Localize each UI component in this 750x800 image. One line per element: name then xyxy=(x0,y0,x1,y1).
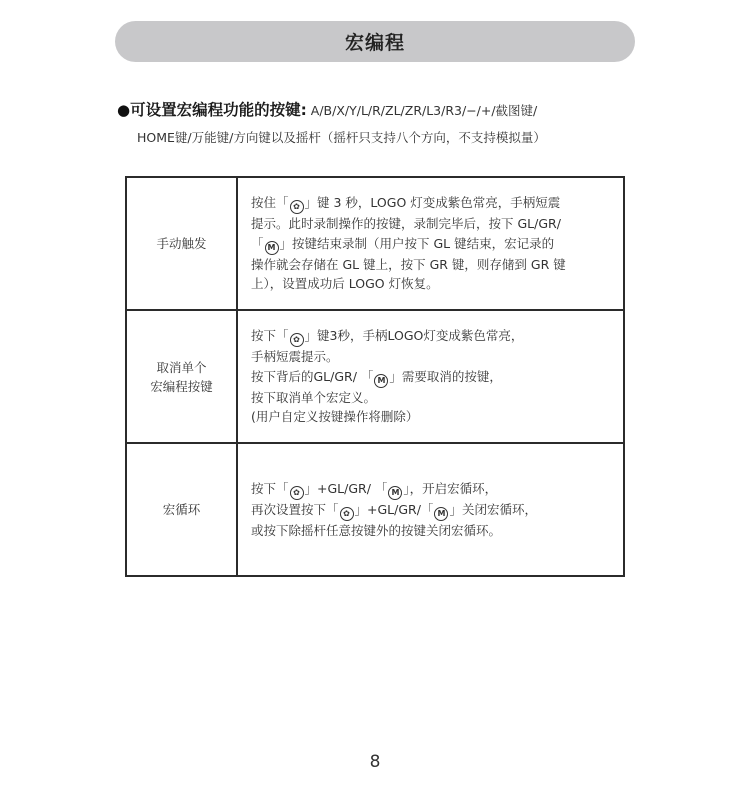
turbo-button-icon: ✿ xyxy=(290,486,304,500)
table-row-cancel-single-macro: 取消单个 宏编程按键 按下「✿」键3秒，手柄LOGO灯变成紫色常亮， 手柄短震提… xyxy=(126,310,624,443)
turbo-button-icon: ✿ xyxy=(340,507,354,521)
intro-paragraph: ●可设置宏编程功能的按键: A/B/X/Y/L/R/ZL/ZR/L3/R3/−/… xyxy=(117,99,637,148)
intro-keys: A/B/X/Y/L/R/ZL/ZR/L3/R3/−/+/截图键/ xyxy=(307,103,537,118)
intro-lead: 可设置宏编程功能的按键: xyxy=(130,101,307,119)
macro-table: 手动触发 按住「✿」键 3 秒，LOGO 灯变成紫色常亮，手柄短震 提示。此时录… xyxy=(125,176,625,577)
row-description: 按下「✿」键3秒，手柄LOGO灯变成紫色常亮， 手柄短震提示。 按下背后的GL/… xyxy=(237,310,624,443)
turbo-button-icon: ✿ xyxy=(290,333,304,347)
section-title: 宏编程 xyxy=(345,28,405,55)
intro-line-1: ●可设置宏编程功能的按键: A/B/X/Y/L/R/ZL/ZR/L3/R3/−/… xyxy=(117,99,637,122)
table-row-macro-loop: 宏循环 按下「✿」+GL/GR/ 「M」，开启宏循环， 再次设置按下「✿」+GL… xyxy=(126,443,624,576)
row-label: 取消单个 宏编程按键 xyxy=(126,310,237,443)
row-description: 按下「✿」+GL/GR/ 「M」，开启宏循环， 再次设置按下「✿」+GL/GR/… xyxy=(237,443,624,576)
turbo-button-icon: ✿ xyxy=(290,200,304,214)
macro-button-icon: M xyxy=(374,374,388,388)
intro-line-2: HOME键/万能键/方向键以及摇杆（摇杆只支持八个方向，不支持模拟量） xyxy=(117,128,637,148)
row-label: 手动触发 xyxy=(126,177,237,310)
page-number: 8 xyxy=(0,752,750,772)
bullet-icon: ● xyxy=(117,101,130,119)
macro-button-icon: M xyxy=(265,241,279,255)
macro-button-icon: M xyxy=(388,486,402,500)
row-description: 按住「✿」键 3 秒，LOGO 灯变成紫色常亮，手柄短震 提示。此时录制操作的按… xyxy=(237,177,624,310)
macro-button-icon: M xyxy=(434,507,448,521)
section-title-bar: 宏编程 xyxy=(115,21,635,62)
row-label: 宏循环 xyxy=(126,443,237,576)
table-row-manual-trigger: 手动触发 按住「✿」键 3 秒，LOGO 灯变成紫色常亮，手柄短震 提示。此时录… xyxy=(126,177,624,310)
